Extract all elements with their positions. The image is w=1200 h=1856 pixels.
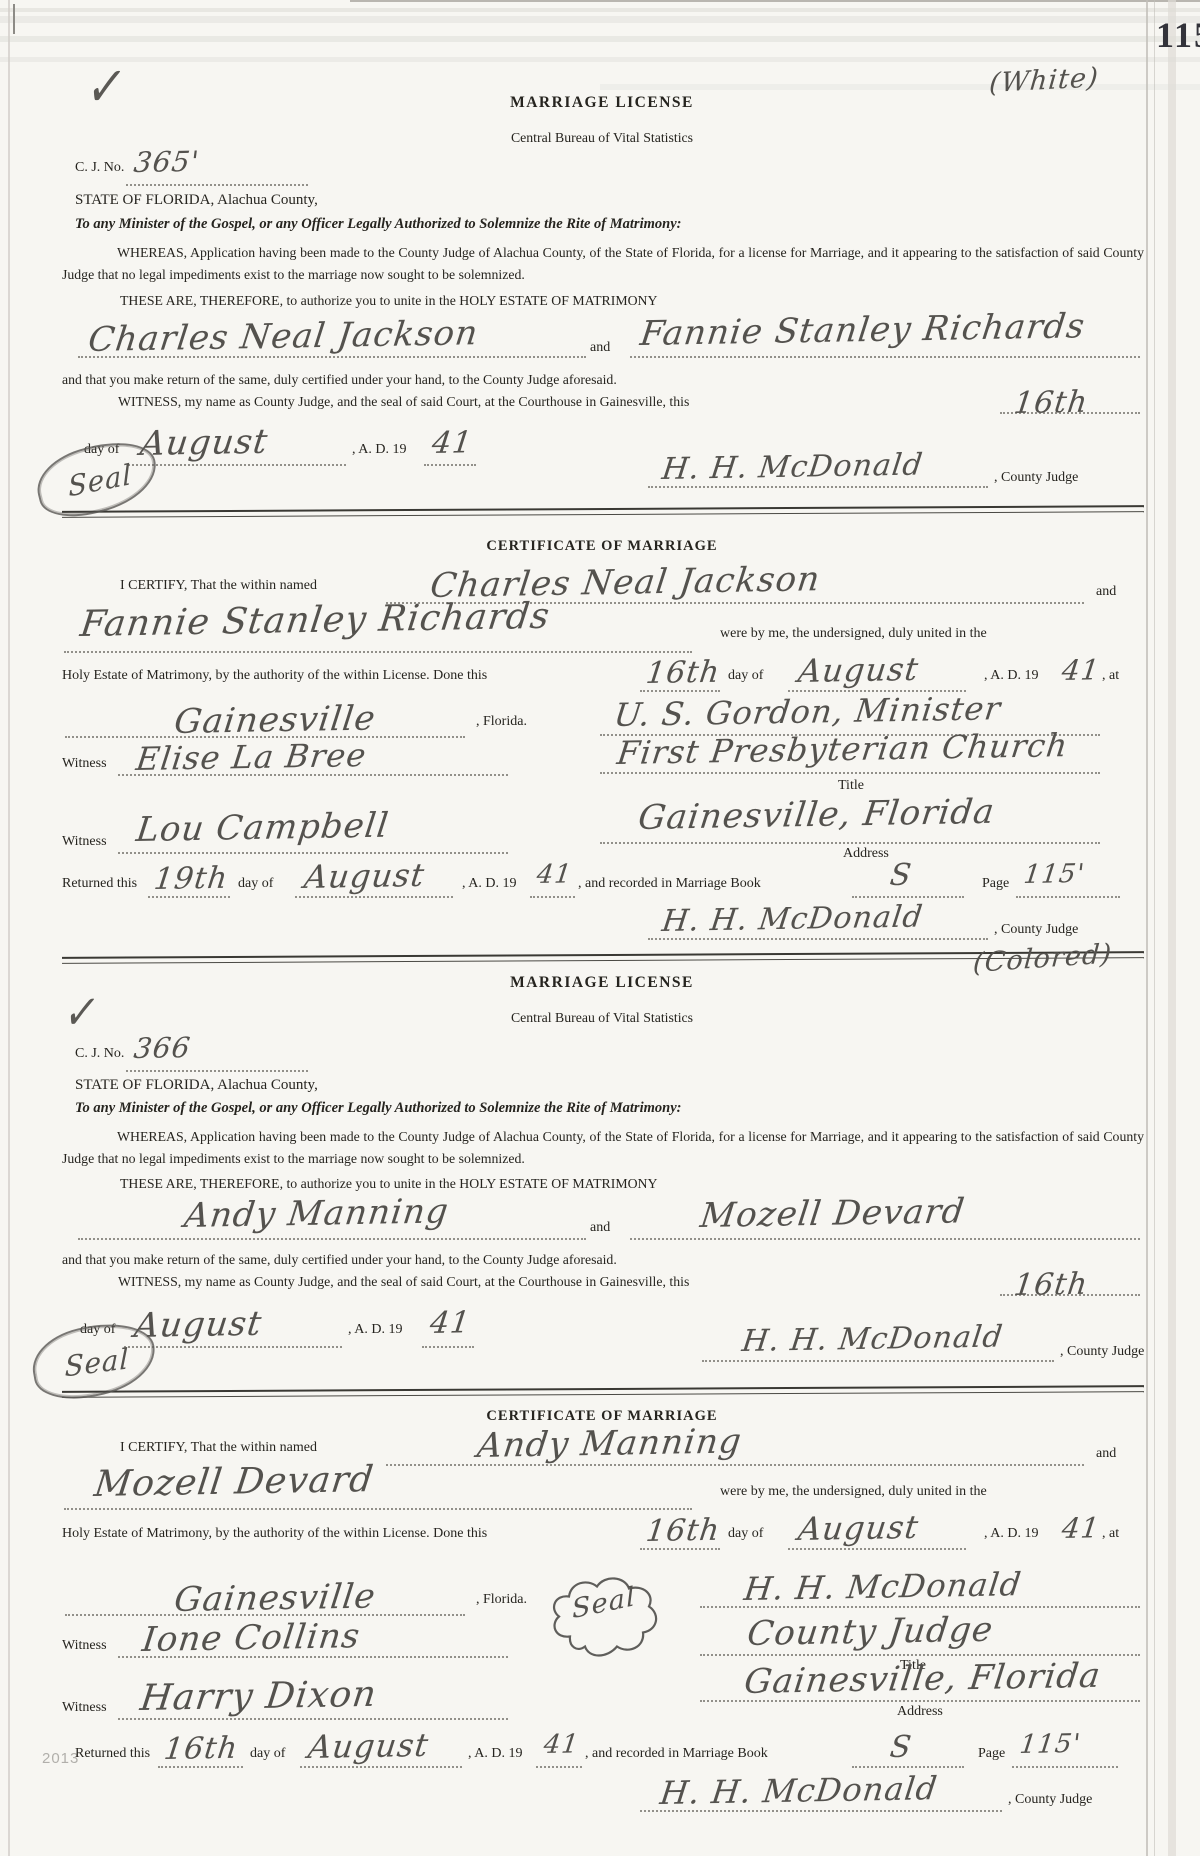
checkmark-icon: ✓: [61, 985, 104, 1040]
archive-watermark: 2013: [42, 1750, 79, 1767]
cert2-united-label: were by me, the undersigned, duly united…: [720, 1484, 987, 1501]
fill-line: [1012, 1766, 1118, 1768]
cert1-witness2-name: Lou Campbell: [134, 806, 391, 850]
fill-line: [126, 184, 308, 186]
cert1-title: CERTIFICATE OF MARRIAGE: [62, 538, 1142, 555]
fill-line: [64, 651, 692, 653]
cert2-month-value: August: [796, 1508, 921, 1548]
page-number: 115: [1156, 14, 1200, 56]
seal-text: Seal: [67, 457, 133, 503]
cert2-ad-label: , A. D. 19: [984, 1526, 1038, 1543]
license1-day-value: 16th: [1012, 385, 1090, 421]
license2-return-line: and that you make return of the same, du…: [62, 1252, 617, 1269]
fill-line: [852, 1766, 964, 1768]
license2-whereas: WHEREAS, Application having been made to…: [62, 1126, 1144, 1169]
cert2-day-of-label: day of: [728, 1526, 763, 1543]
binding-edge-line: [1154, 0, 1155, 1856]
cert2-recorded-label: , and recorded in Marriage Book: [585, 1746, 768, 1763]
cert1-holy-line: Holy Estate of Matrimony, by the authori…: [62, 668, 487, 685]
cert2-returned-label: Returned this: [75, 1746, 150, 1763]
cert2-florida-label: , Florida.: [476, 1592, 527, 1609]
cert1-at-label: , at: [1102, 668, 1119, 685]
fill-line: [64, 1508, 692, 1510]
license2-bride-name: Mozell Devard: [698, 1191, 967, 1236]
cert1-page-label: Page: [982, 876, 1009, 893]
license1-these-line: THESE ARE, THEREFORE, to authorize you t…: [120, 293, 657, 310]
left-edge-mark: [13, 4, 15, 34]
scan-streak: [600, 84, 1200, 90]
cert1-day-value: 16th: [644, 655, 722, 691]
fill-line: [300, 1766, 462, 1768]
cert2-returned-day: 16th: [162, 1731, 240, 1767]
fill-line: [630, 356, 1140, 358]
cert2-holy-line: Holy Estate of Matrimony, by the authori…: [62, 1526, 487, 1543]
license1-year-value: 41: [430, 425, 475, 461]
cert1-ret-year: 41: [535, 859, 574, 890]
scan-streak: [350, 0, 1200, 2]
fill-line: [295, 896, 453, 898]
fill-line: [530, 896, 575, 898]
license1-groom-name: Charles Neal Jackson: [86, 313, 481, 360]
cert1-book-value: S: [888, 858, 914, 893]
license1-bride-name: Fannie Stanley Richards: [638, 306, 1087, 354]
fill-line: [600, 772, 1100, 774]
scan-streak: [0, 16, 1200, 23]
fill-line: [600, 842, 1100, 844]
section-divider-rule: [62, 1385, 1144, 1398]
section-divider-rule: [62, 505, 1144, 518]
cert2-ret-ad: , A. D. 19: [468, 1746, 522, 1763]
cert1-ret-month: August: [302, 856, 427, 896]
cert1-witness2-label: Witness: [62, 834, 107, 851]
cert2-title: CERTIFICATE OF MARRIAGE: [62, 1408, 1142, 1425]
cert2-day-value: 16th: [644, 1513, 722, 1549]
license2-year-value: 41: [428, 1305, 473, 1341]
license1-state-line: STATE OF FLORIDA, Alachua County,: [75, 191, 318, 209]
cert2-year-value: 41: [1060, 1511, 1102, 1545]
fill-line: [78, 1238, 586, 1240]
fill-line: [424, 464, 476, 466]
license2-cj-label: C. J. No.: [75, 1046, 124, 1063]
license1-title: MARRIAGE LICENSE: [62, 94, 1142, 112]
cert1-judge-label: , County Judge: [994, 922, 1078, 939]
license1-salutation: To any Minister of the Gospel, or any Of…: [75, 216, 681, 233]
binding-edge-band: [1168, 0, 1176, 1856]
fill-line: [1016, 896, 1120, 898]
cert2-witness2-label: Witness: [62, 1700, 107, 1717]
license1-race-annotation: (White): [988, 62, 1100, 99]
cert2-page-label: Page: [978, 1746, 1005, 1763]
license2-ad-label: , A. D. 19: [348, 1322, 402, 1339]
license1-judge-signature: H. H. McDonald: [660, 447, 925, 487]
license2-state-line: STATE OF FLORIDA, Alachua County,: [75, 1076, 318, 1094]
cert2-witness1-name: Ione Collins: [140, 1616, 363, 1660]
cert1-officiant-signature: U. S. Gordon, Minister: [612, 689, 1003, 734]
cert1-ret-day-of: day of: [238, 876, 273, 893]
fill-line: [788, 1548, 966, 1550]
cert1-month-value: August: [796, 650, 921, 690]
cert2-witness1-label: Witness: [62, 1638, 107, 1655]
cert2-judge-label: , County Judge: [1008, 1792, 1092, 1809]
cert2-judge-signature: H. H. McDonald: [658, 1769, 940, 1812]
cert1-title-label: Title: [838, 778, 864, 795]
fill-line: [630, 1238, 1140, 1240]
cert2-officiant-title-value: County Judge: [745, 1610, 996, 1654]
cert1-officiant-title-value: First Presbyterian Church: [615, 726, 1070, 772]
license2-groom-name: Andy Manning: [182, 1191, 451, 1236]
license2-judge-signature: H. H. McDonald: [740, 1319, 1005, 1359]
license1-cj-number: 365': [132, 145, 201, 179]
signature-line: [702, 1360, 1054, 1362]
cert2-witness2-name: Harry Dixon: [138, 1674, 379, 1719]
cert2-book-value: S: [888, 1730, 914, 1765]
cert2-groom-name: Andy Manning: [475, 1421, 744, 1466]
cert2-ret-month: August: [306, 1726, 431, 1766]
scanned-document-page: 115 2013 ✓ MARRIAGE LICENSE (White) Cent…: [0, 0, 1200, 1856]
cert1-bride-name: Fannie Stanley Richards: [78, 596, 552, 645]
cert1-witness1-name: Elise La Bree: [134, 736, 369, 778]
fill-line: [124, 1346, 342, 1348]
cert1-witness1-label: Witness: [62, 756, 107, 773]
seal-cloud-scribble: Seal: [545, 1566, 665, 1667]
seal-text: Seal: [65, 1341, 130, 1382]
scan-streak: [0, 57, 1200, 62]
cert2-and-label: and: [1096, 1446, 1116, 1463]
license1-whereas: WHEREAS, Application having been made to…: [62, 242, 1144, 285]
license1-judge-label: , County Judge: [994, 470, 1078, 487]
license2-race-annotation: (Colored): [972, 938, 1113, 979]
binding-edge-line: [1146, 0, 1148, 1856]
license2-these-line: THESE ARE, THEREFORE, to authorize you t…: [120, 1176, 657, 1193]
fill-line: [852, 896, 964, 898]
fill-line: [422, 1346, 474, 1348]
cert1-certify-label: I CERTIFY, That the within named: [120, 578, 317, 595]
fill-line: [536, 1766, 582, 1768]
cert2-page-value: 115': [1018, 1729, 1083, 1760]
cert2-bride-name: Mozell Devard: [92, 1459, 376, 1505]
cert1-address-value: Gainesville, Florida: [636, 792, 997, 838]
license1-subtitle: Central Bureau of Vital Statistics: [62, 130, 1142, 146]
license1-witness-line: WITNESS, my name as County Judge, and th…: [118, 394, 689, 411]
cert1-day-of-label: day of: [728, 668, 763, 685]
license2-subtitle: Central Bureau of Vital Statistics: [62, 1010, 1142, 1026]
license2-day-value: 16th: [1012, 1267, 1090, 1303]
license1-month-value: August: [138, 422, 270, 464]
cert1-ret-ad: , A. D. 19: [462, 876, 516, 893]
cert1-and-label: and: [1096, 584, 1116, 601]
fill-line: [128, 464, 346, 466]
license2-witness-line: WITNESS, my name as County Judge, and th…: [118, 1274, 689, 1291]
fill-line: [126, 1070, 308, 1072]
cert1-united-label: were by me, the undersigned, duly united…: [720, 626, 987, 643]
license1-return-line: and that you make return of the same, du…: [62, 372, 617, 389]
cert1-page-value: 115': [1022, 859, 1087, 890]
cert1-recorded-label: , and recorded in Marriage Book: [578, 876, 761, 893]
cert1-address-label: Address: [843, 846, 889, 863]
scan-streak: [0, 8, 1200, 12]
fill-line: [118, 852, 508, 854]
cert1-judge-signature: H. H. McDonald: [660, 899, 925, 939]
cert2-address-label: Address: [897, 1704, 943, 1721]
cert2-city-value: Gainesville: [172, 1577, 378, 1620]
license2-cj-number: 366: [132, 1031, 193, 1065]
cert2-ret-day-of: day of: [250, 1746, 285, 1763]
cert2-ret-year: 41: [542, 1729, 581, 1760]
license2-judge-label: , County Judge: [1060, 1344, 1144, 1361]
scan-streak: [0, 36, 1200, 42]
license1-cj-label: C. J. No.: [75, 160, 124, 177]
cert1-returned-label: Returned this: [62, 876, 137, 893]
left-edge-line: [8, 0, 10, 1856]
cert2-certify-label: I CERTIFY, That the within named: [120, 1440, 317, 1457]
cert2-officiant-signature: H. H. McDonald: [742, 1565, 1024, 1608]
license2-and-label: and: [590, 1220, 610, 1237]
cert2-address-value: Gainesville, Florida: [742, 1656, 1103, 1702]
cert1-year-value: 41: [1060, 653, 1102, 687]
license1-ad-label: , A. D. 19: [352, 442, 406, 459]
cert1-florida-label: , Florida.: [476, 714, 527, 731]
license1-and-label: and: [590, 340, 610, 357]
license2-salutation: To any Minister of the Gospel, or any Of…: [75, 1100, 681, 1117]
cert2-at-label: , at: [1102, 1526, 1119, 1543]
cert1-returned-day: 19th: [152, 861, 230, 897]
cert1-ad-label: , A. D. 19: [984, 668, 1038, 685]
